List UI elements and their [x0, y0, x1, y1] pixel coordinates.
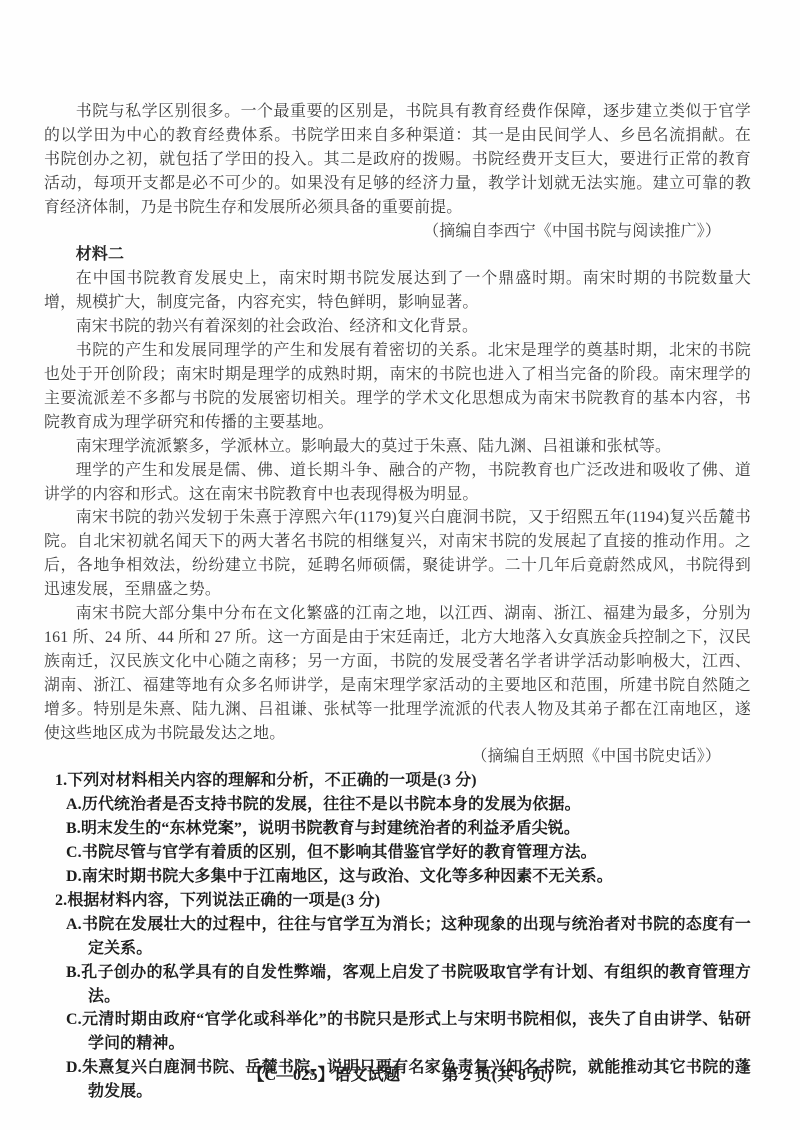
material-two-paragraph-5: 理学的产生和发展是儒、佛、道长期斗争、融合的产物，书院教育也广泛改进和吸收了佛、… [44, 459, 751, 507]
material-two-heading: 材料二 [44, 243, 751, 267]
material-one-attribution: （摘编自李西宁《中国书院与阅读推广》） [44, 220, 751, 244]
exam-content: 书院与私学区别很多。一个最重要的区别是，书院具有教育经费作保障，逐步建立类似于官… [44, 100, 751, 1104]
material-two-paragraph-7: 南宋书院大部分集中分布在文化繁盛的江南之地，以江西、湖南、浙江、福建为最多，分别… [44, 602, 751, 745]
material-two-paragraph-3: 书院的产生和发展同理学的产生和发展有着密切的关系。北宋是理学的奠基时期，北宋的书… [44, 339, 751, 435]
material-two-paragraph-1: 在中国书院教育发展史上，南宋时期书院发展达到了一个鼎盛时期。南宋时期的书院数量大… [44, 267, 751, 315]
material-one-paragraph: 书院与私学区别很多。一个最重要的区别是，书院具有教育经费作保障，逐步建立类似于官… [44, 100, 751, 220]
page-footer: 【C—025】语文试题第 2 页(共 8 页) [0, 1061, 800, 1085]
question-1-stem: 1.下列对材料相关内容的理解和分析，不正确的一项是(3 分) [44, 769, 751, 793]
exam-page: 书院与私学区别很多。一个最重要的区别是，书院具有教育经费作保障，逐步建立类似于官… [0, 0, 800, 1130]
page-indicator: 第 2 页(共 8 页) [442, 1065, 552, 1084]
material-two-paragraph-2: 南宋书院的勃兴有着深刻的社会政治、经济和文化背景。 [44, 315, 751, 339]
question-2-option-b: B.孔子创办的私学具有的自发性弊端，客观上启发了书院吸取官学有计划、有组织的教育… [44, 961, 751, 1009]
question-1: 1.下列对材料相关内容的理解和分析，不正确的一项是(3 分) A.历代统治者是否… [44, 769, 751, 889]
material-two-paragraph-4: 南宋理学流派繁多，学派林立。影响最大的莫过于朱熹、陆九渊、吕祖谦和张栻等。 [44, 435, 751, 459]
question-1-option-d: D.南宋时期书院大多集中于江南地区，这与政治、文化等多种因素不无关系。 [44, 865, 751, 889]
question-2-stem: 2.根据材料内容，下列说法正确的一项是(3 分) [44, 889, 751, 913]
question-2-option-c: C.元清时期由政府“官学化或科举化”的书院只是形式上与宋明书院相似，丧失了自由讲… [44, 1008, 751, 1056]
question-2-option-a: A.书院在发展壮大的过程中，往往与官学互为消长；这种现象的出现与统治者对书院的态… [44, 913, 751, 961]
question-1-option-c: C.书院尽管与官学有着质的区别，但不影响其借鉴官学好的教育管理方法。 [44, 841, 751, 865]
exam-code-label: 【C—025】语文试题 [248, 1065, 400, 1084]
question-1-option-b: B.明末发生的“东林党案”，说明书院教育与封建统治者的利益矛盾尖锐。 [44, 817, 751, 841]
material-two-paragraph-6: 南宋书院的勃兴发轫于朱熹于淳熙六年(1179)复兴白鹿洞书院，又于绍熙五年(11… [44, 506, 751, 602]
material-two-attribution: （摘编自王炳照《中国书院史话》） [44, 745, 751, 769]
question-1-option-a: A.历代统治者是否支持书院的发展，往往不是以书院本身的发展为依据。 [44, 793, 751, 817]
